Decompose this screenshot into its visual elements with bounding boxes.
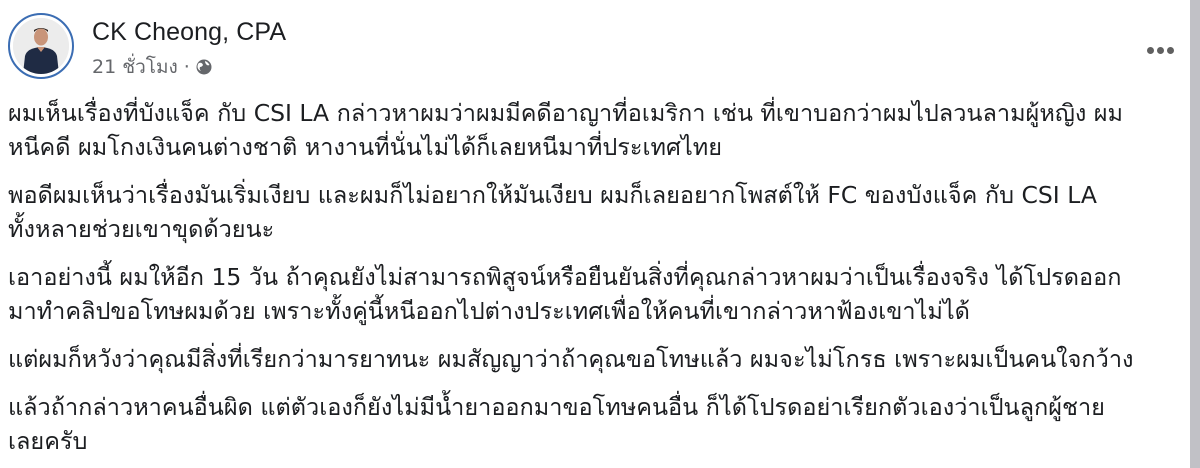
meta-separator: · <box>184 56 190 78</box>
person-photo-icon <box>13 18 69 74</box>
post-paragraph-2: พอดีผมเห็นว่าเรื่องมันเริ่มเงียบ และผมก็… <box>8 178 1188 246</box>
more-horizontal-icon <box>1167 47 1174 54</box>
facebook-post: CK Cheong, CPA 21 ชั่วโมง · ผมเห็นเรื่อง… <box>0 0 1190 468</box>
post-paragraph-4: แต่ผมก็หวังว่าคุณมีสิ่งที่เรียกว่ามารยาท… <box>8 342 1188 376</box>
more-horizontal-icon <box>1147 47 1154 54</box>
author-avatar[interactable] <box>8 13 74 79</box>
more-horizontal-icon <box>1157 47 1164 54</box>
post-meta: 21 ชั่วโมง · <box>92 54 212 80</box>
post-paragraph-1: ผมเห็นเรื่องที่บังแจ็ค กับ CSI LA กล่าวห… <box>8 96 1188 164</box>
post-paragraph-5: แล้วถ้ากล่าวหาคนอื่นผิด แต่ตัวเองก็ยังไม… <box>8 390 1188 458</box>
avatar-photo <box>13 18 69 74</box>
more-options-button[interactable] <box>1140 38 1180 62</box>
author-name[interactable]: CK Cheong, CPA <box>92 16 286 48</box>
vertical-scrollbar[interactable] <box>1190 0 1200 468</box>
post-timestamp[interactable]: 21 ชั่วโมง <box>92 52 178 82</box>
post-header: CK Cheong, CPA 21 ชั่วโมง · <box>0 0 1190 90</box>
post-paragraph-3: เอาอย่างนี้ ผมให้อีก 15 วัน ถ้าคุณยังไม่… <box>8 260 1188 328</box>
globe-icon[interactable] <box>196 59 212 75</box>
post-body: ผมเห็นเรื่องที่บังแจ็ค กับ CSI LA กล่าวห… <box>8 96 1188 468</box>
